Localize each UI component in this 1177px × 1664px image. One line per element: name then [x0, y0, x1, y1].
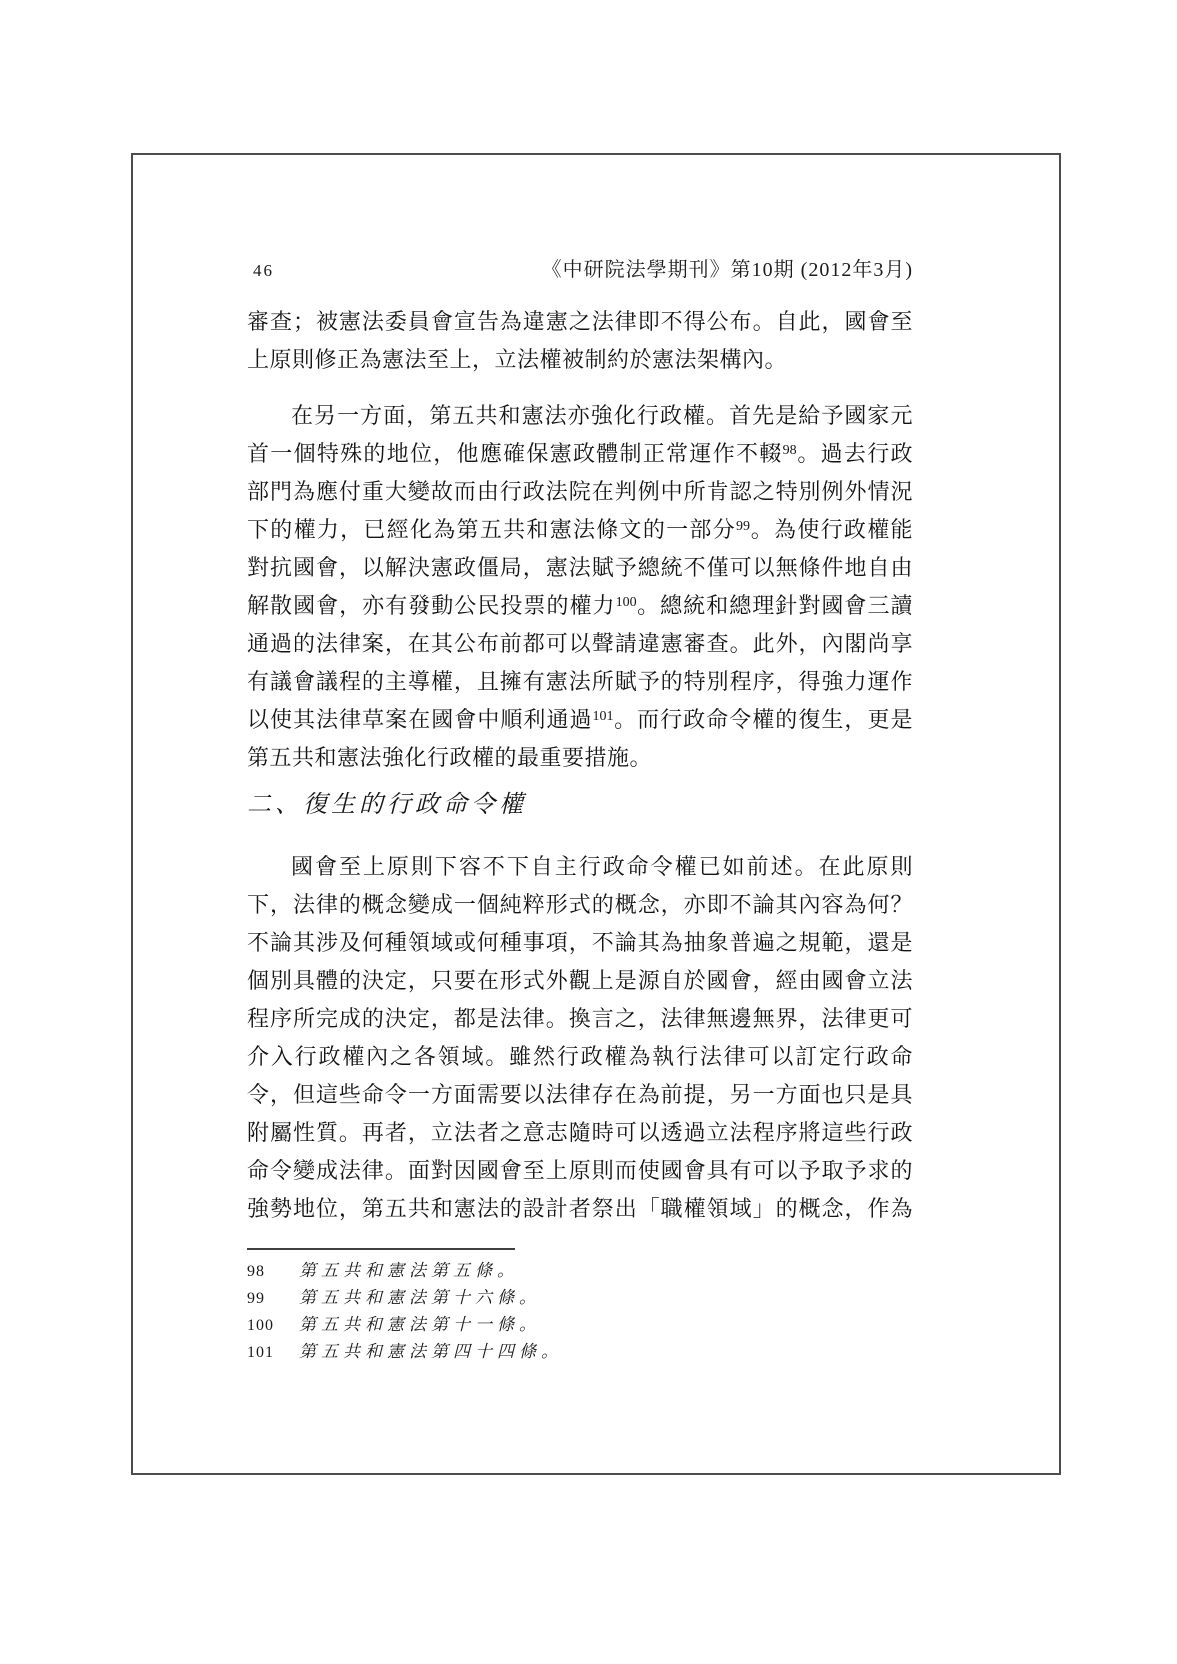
text-line: 審查；被憲法委員會宣告為違憲之法律即不得公布。自此，國會至: [247, 303, 913, 341]
footnote-number: 100: [247, 1313, 299, 1339]
text-flow: 審查；被憲法委員會宣告為違憲之法律即不得公布。自此，國會至上原則修正為憲法至上，…: [247, 303, 913, 1228]
text-line: 程序所完成的決定，都是法律。換言之，法律無邊無界，法律更可: [247, 1000, 913, 1038]
footnote-number: 99: [247, 1286, 299, 1312]
text-line: 令，但這些命令一方面需要以法律存在為前提，另一方面也只是具: [247, 1076, 913, 1114]
footnote-ref: 98: [783, 443, 797, 458]
text-line: 介入行政權內之各領域。雖然行政權為執行法律可以訂定行政命: [247, 1038, 913, 1076]
text-line: 第五共和憲法強化行政權的最重要措施。: [247, 739, 913, 777]
page-number: 46: [247, 261, 274, 281]
text-line: 強勢地位，第五共和憲法的設計者祭出「職權領域」的概念，作為: [247, 1190, 913, 1228]
journal-title: 《中研院法學期刊》第10期 (2012年3月): [542, 253, 913, 282]
footnote-ref: 100: [616, 595, 637, 610]
text-line: 有議會議程的主導權，且擁有憲法所賦予的特別程序，得強力運作: [247, 663, 913, 701]
footnote-number: 101: [247, 1340, 299, 1366]
footnote-item: 99第五共和憲法第十六條。: [247, 1285, 913, 1312]
page-header: 46 《中研院法學期刊》第10期 (2012年3月): [247, 253, 913, 279]
text-line: 在另一方面，第五共和憲法亦強化行政權。首先是給予國家元: [247, 397, 913, 435]
text-line: 個別具體的決定，只要在形式外觀上是源自於國會，經由國會立法: [247, 962, 913, 1000]
footnote-text: 第五共和憲法第五條。: [299, 1258, 519, 1284]
page-border-frame: 46 《中研院法學期刊》第10期 (2012年3月) 審查；被憲法委員會宣告為違…: [131, 153, 1061, 1475]
para-validation: 審查；被憲法委員會宣告為違憲之法律即不得公布。自此，國會至上原則修正為憲法至上，…: [247, 303, 913, 379]
footnote-item: 100第五共和憲法第十一條。: [247, 1312, 913, 1339]
footnote-separator: [247, 1248, 515, 1250]
text-line: 以使其法律草案在國會中順利通過101。而行政命令權的復生，更是: [247, 701, 913, 739]
footnote-number: 98: [247, 1259, 299, 1285]
footnote-text: 第五共和憲法第四十四條。: [299, 1339, 563, 1365]
text-line: 下的權力，已經化為第五共和憲法條文的一部分99。為使行政權能: [247, 511, 913, 549]
footnote-ref: 99: [736, 519, 750, 534]
footnote-text: 第五共和憲法第十六條。: [299, 1285, 541, 1311]
text-line: 國會至上原則下容不下自主行政命令權已如前述。在此原則: [247, 848, 913, 886]
section-heading: 二、復生的行政命令權: [247, 784, 913, 826]
para-executive-power: 在另一方面，第五共和憲法亦強化行政權。首先是給予國家元首一個特殊的地位，他應確保…: [247, 397, 913, 777]
text-line: 解散國會，亦有發動公民投票的權力100。總統和總理針對國會三讀: [247, 587, 913, 625]
text-line: 首一個特殊的地位，他應確保憲政體制正常運作不輟98。過去行政: [247, 435, 913, 473]
text-line: 部門為應付重大變故而由行政法院在判例中所肯認之特別例外情況: [247, 473, 913, 511]
footnote-text: 第五共和憲法第十一條。: [299, 1312, 541, 1338]
footnote-item: 101第五共和憲法第四十四條。: [247, 1339, 913, 1366]
text-line: 下，法律的概念變成一個純粹形式的概念，亦即不論其內容為何？: [247, 886, 913, 924]
footnotes: 98第五共和憲法第五條。99第五共和憲法第十六條。100第五共和憲法第十一條。1…: [247, 1258, 913, 1366]
page-content: 46 《中研院法學期刊》第10期 (2012年3月) 審查；被憲法委員會宣告為違…: [247, 253, 913, 1366]
text-line: 不論其涉及何種領域或何種事項，不論其為抽象普遍之規範，還是: [247, 924, 913, 962]
para-revived-decree: 國會至上原則下容不下自主行政命令權已如前述。在此原則下，法律的概念變成一個純粹形…: [247, 848, 913, 1228]
footnote-ref: 101: [593, 709, 614, 724]
text-line: 通過的法律案，在其公布前都可以聲請違憲審查。此外，內閣尚享: [247, 625, 913, 663]
footnote-item: 98第五共和憲法第五條。: [247, 1258, 913, 1285]
text-line: 對抗國會，以解決憲政僵局，憲法賦予總統不僅可以無條件地自由: [247, 549, 913, 587]
text-line: 附屬性質。再者，立法者之意志隨時可以透過立法程序將這些行政: [247, 1114, 913, 1152]
text-line: 上原則修正為憲法至上，立法權被制約於憲法架構內。: [247, 341, 913, 379]
text-line: 命令變成法律。面對因國會至上原則而使國會具有可以予取予求的: [247, 1152, 913, 1190]
